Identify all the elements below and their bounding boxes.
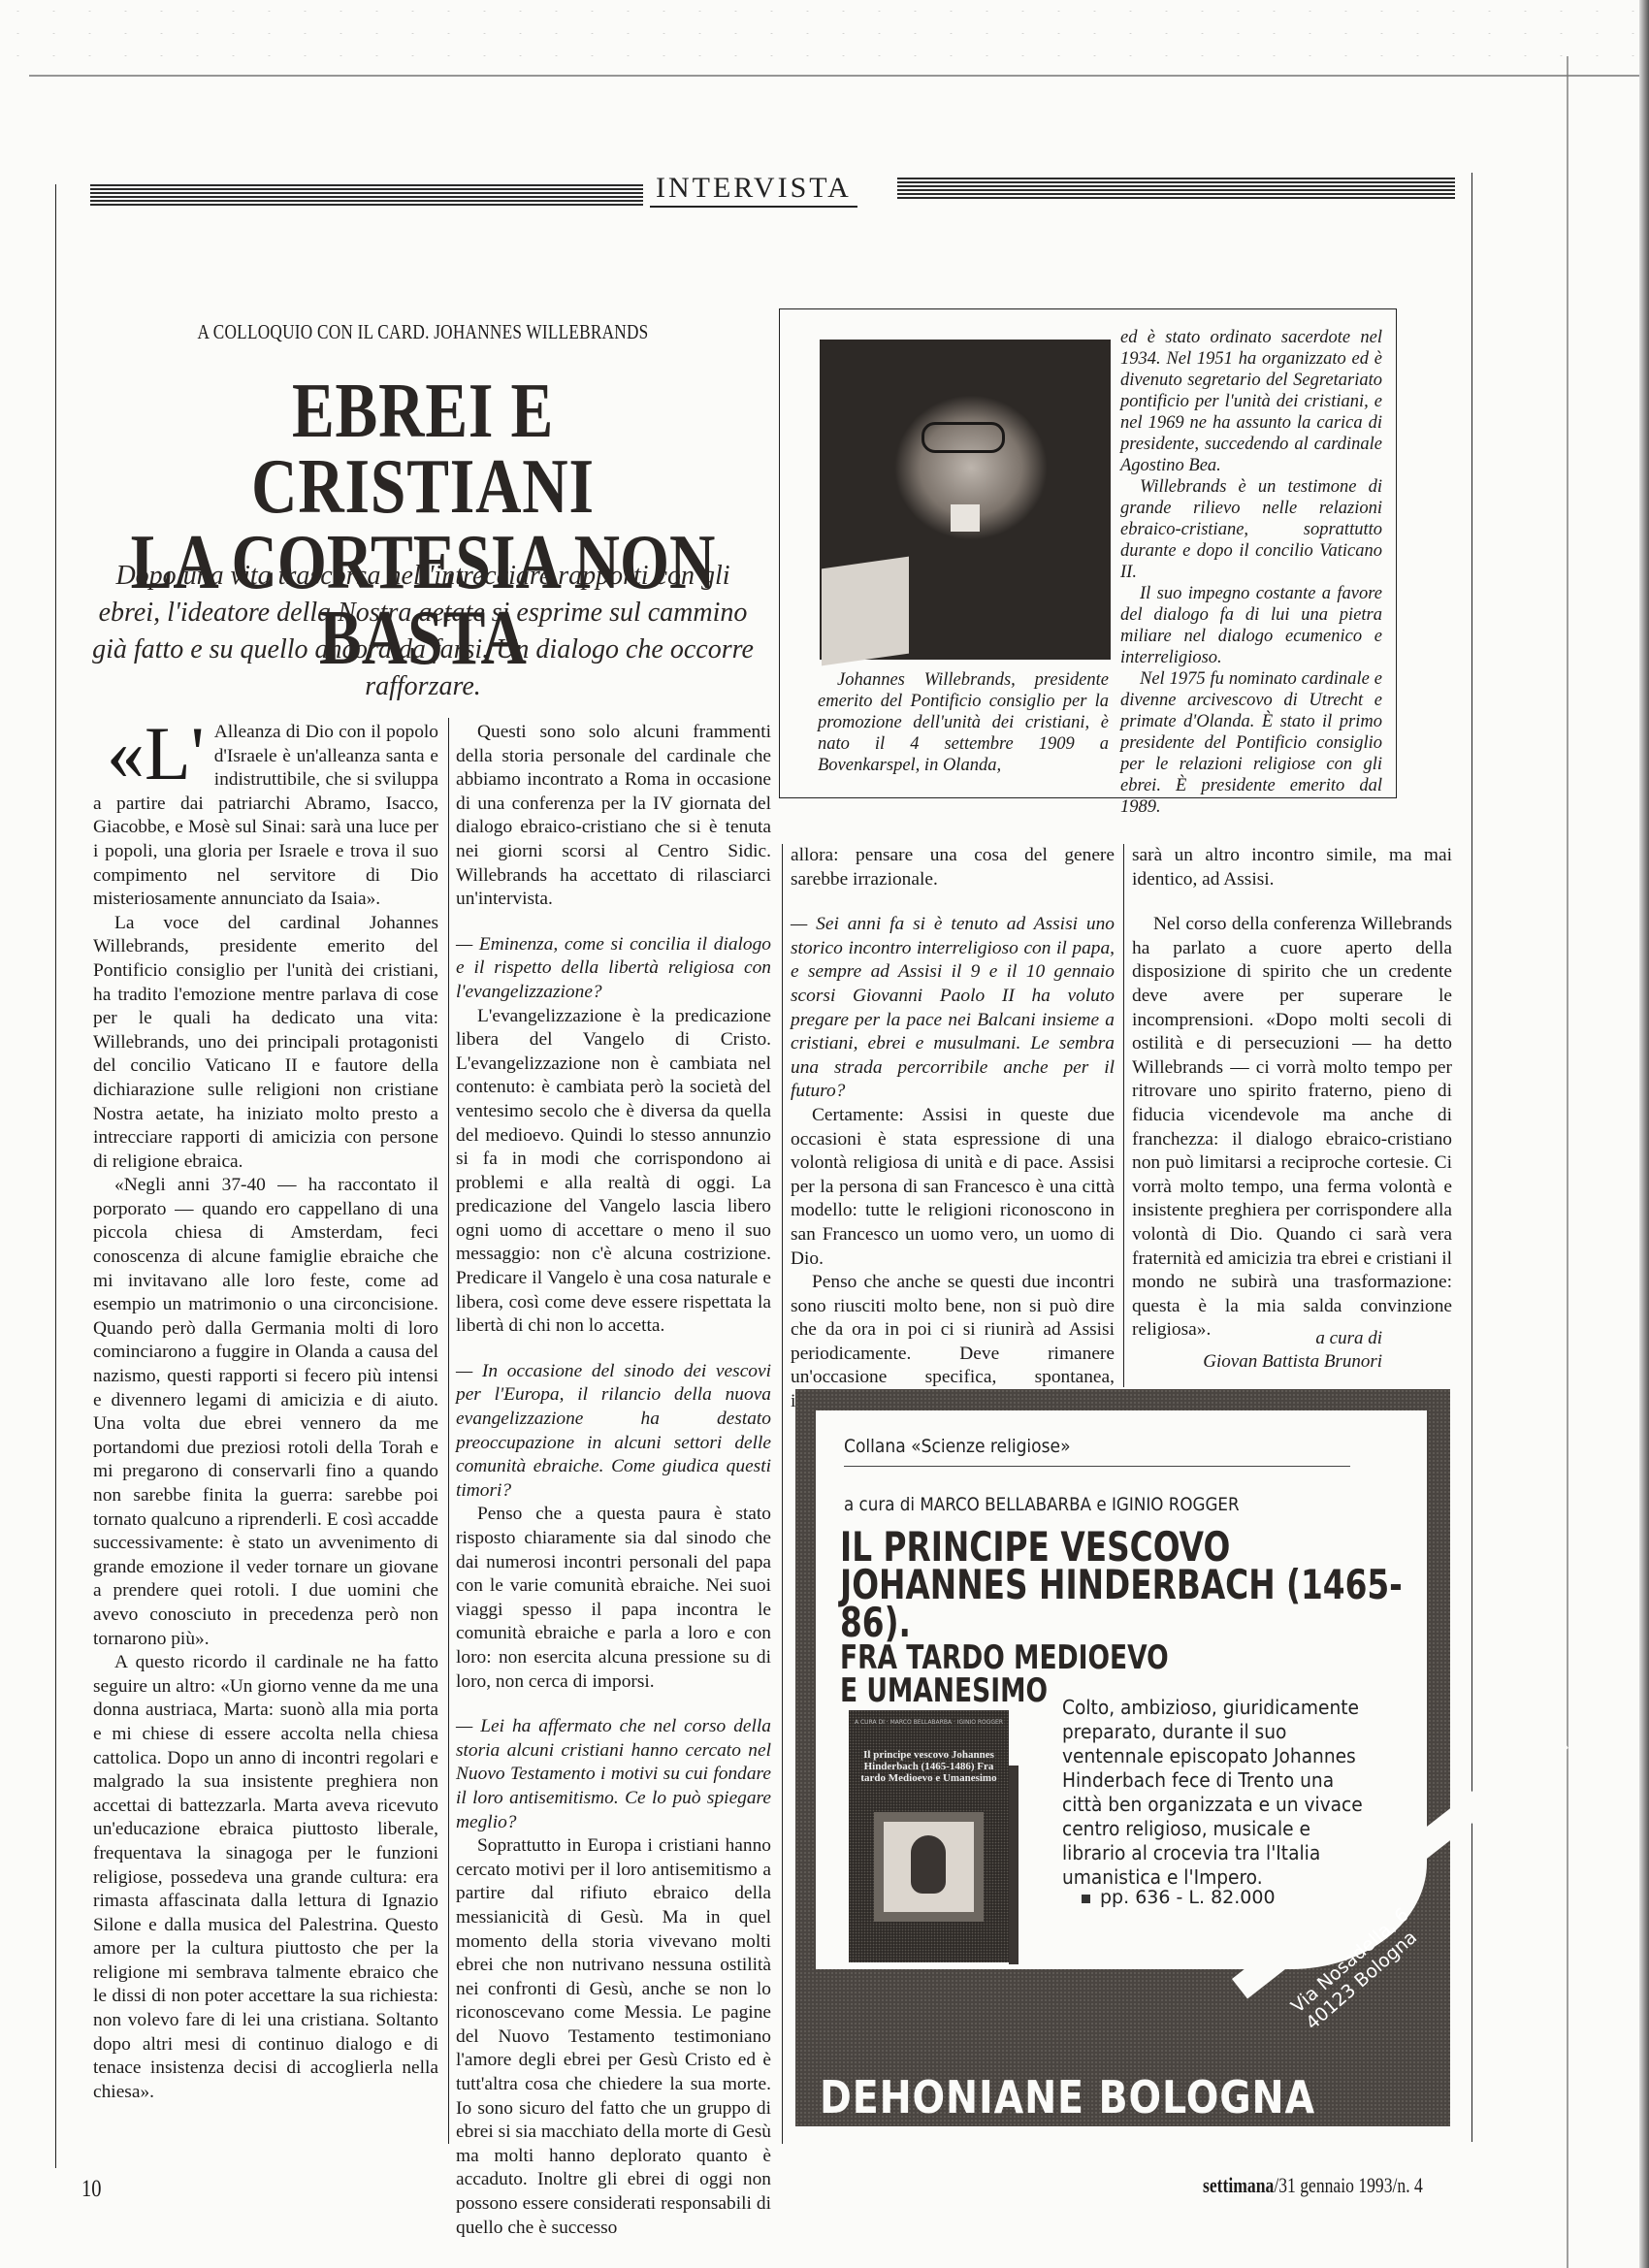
- price-text: pp. 636 - L. 82.000: [1100, 1887, 1276, 1908]
- answer-paragraph: L'evangelizzazione è la predicazione lib…: [456, 1005, 771, 1339]
- article-dek: Dopo una vita trascorsa nell'intrecciare…: [83, 558, 762, 705]
- ad-description: Colto, ambizioso, giuridicamente prepara…: [1062, 1696, 1378, 1890]
- paragraph: A questo ricordo il cardinale ne ha fatt…: [93, 1651, 438, 2104]
- scanner-edge: [1639, 0, 1649, 2268]
- article-column-4: sarà un altro incontro simile, ma mai id…: [1132, 844, 1452, 1343]
- section-label: INTERVISTA: [650, 171, 857, 208]
- paragraph-continued: allora: pensare una cosa del genere sare…: [791, 844, 1115, 891]
- opening-paragraph: «L'Alleanza di Dio con il popolo d'Israe…: [93, 721, 438, 912]
- book-cover-shadow: [1009, 1766, 1018, 1964]
- paper-shape: [822, 557, 909, 666]
- publication-name: settimana: [1203, 2173, 1274, 2197]
- bio-text: ed è stato ordinato sacerdote nel 1934. …: [1120, 327, 1382, 818]
- answer-paragraph: Penso che a questa paura è stato rispost…: [456, 1503, 771, 1694]
- ad-title-line-2: JOHANNES HINDERBACH (1465-86).: [840, 1566, 1471, 1641]
- right-frame-rule: [1471, 173, 1472, 2142]
- answer-paragraph: Certamente: Assisi in queste due occasio…: [791, 1104, 1115, 1271]
- page-edge: [1567, 56, 1568, 2268]
- book-cover-title: Il principe vescovo Johannes Hinderbach …: [854, 1749, 1004, 1784]
- interview-question: — In occasione del sinodo dei vescovi pe…: [456, 1360, 771, 1504]
- cardinal-photo: [820, 340, 1111, 660]
- ad-price: pp. 636 - L. 82.000: [1082, 1887, 1276, 1908]
- drop-cap: «L': [107, 725, 205, 783]
- book-cover-illustration: [874, 1812, 984, 1922]
- interview-question: — Lei ha affermato che nel corso della s…: [456, 1715, 771, 1834]
- paragraph: La voce del cardinal Johannes Willebrand…: [93, 912, 438, 1175]
- interview-question: — Sei anni fa si è tenuto ad Assisi uno …: [791, 913, 1115, 1104]
- column-rule: [782, 844, 783, 2144]
- ad-series-label: Collana «Scienze religiose»: [844, 1436, 1350, 1467]
- interview-question: — Eminenza, come si concilia il dialogo …: [456, 933, 771, 1005]
- left-frame-rule: [55, 184, 56, 2168]
- article-byline: a cura di Giovan Battista Brunori: [1164, 1327, 1382, 1374]
- column-rule: [1123, 844, 1124, 1387]
- scan-edge-line: [29, 75, 1639, 77]
- byline-author: Giovan Battista Brunori: [1164, 1350, 1382, 1374]
- caption-text: Johannes Willebrands, presidente emerito…: [818, 669, 1109, 776]
- page-number: 10: [81, 2176, 102, 2203]
- article-column-2: Questi sono solo alcuni frammenti della …: [456, 721, 771, 2240]
- article-kicker: A COLLOQUIO CON IL CARD. JOHANNES WILLEB…: [129, 320, 718, 344]
- ad-title-line-3: FRA TARDO MEDIOEVO: [840, 1641, 1471, 1674]
- article-column-1: «L'Alleanza di Dio con il popolo d'Israe…: [93, 721, 438, 2104]
- byline-label: a cura di: [1164, 1327, 1382, 1350]
- publication-folio: settimana/31 gennaio 1993/n. 4: [1203, 2173, 1423, 2198]
- bishop-figure-icon: [911, 1835, 946, 1894]
- header-stripes-right: [897, 178, 1455, 199]
- column-rule: [448, 718, 449, 2144]
- paragraph: Questi sono solo alcuni frammenti della …: [456, 721, 771, 912]
- issue-date: /31 gennaio 1993/n. 4: [1274, 2173, 1423, 2197]
- paragraph: «Negli anni 37-40 — ha raccontato il por…: [93, 1174, 438, 1651]
- publisher-brand: DEHONIANE BOLOGNA: [820, 2071, 1315, 2123]
- bio-paragraph: Willebrands è un testimone di grande ril…: [1120, 476, 1382, 583]
- collar-shape: [951, 504, 980, 532]
- header-stripes-left: [90, 184, 643, 206]
- ad-book-title: IL PRINCIPE VESCOVO JOHANNES HINDERBACH …: [840, 1528, 1471, 1707]
- ad-editors: a cura di MARCO BELLABARBA e IGINIO ROGG…: [844, 1494, 1240, 1515]
- scan-noise: [0, 0, 1649, 68]
- answer-paragraph: Soprattutto in Europa i cristiani hanno …: [456, 1834, 771, 2240]
- book-cover-editors: A CURA DI · MARCO BELLABARBA · IGINIO RO…: [854, 1719, 1004, 1726]
- bio-paragraph: Il suo impegno costante a favore del dia…: [1120, 583, 1382, 668]
- paragraph-continued: sarà un altro incontro simile, ma mai id…: [1132, 844, 1452, 891]
- closing-paragraph: Nel corso della conferenza Willebrands h…: [1132, 913, 1452, 1343]
- headline-line-1: EBREI E CRISTIANI: [129, 373, 718, 525]
- glasses-shape: [921, 422, 1005, 453]
- bio-paragraph: ed è stato ordinato sacerdote nel 1934. …: [1120, 327, 1382, 476]
- photo-caption: Johannes Willebrands, presidente emerito…: [818, 669, 1109, 776]
- article-column-3: allora: pensare una cosa del genere sare…: [791, 844, 1115, 1414]
- bullet-square-icon: [1082, 1895, 1090, 1903]
- bio-paragraph: Nel 1975 fu nominato cardinale e divenne…: [1120, 668, 1382, 818]
